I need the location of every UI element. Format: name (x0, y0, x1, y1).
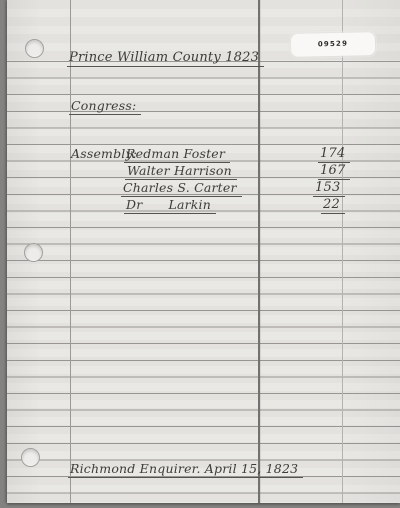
catalog-number-sticker: 09529 (291, 32, 375, 57)
vote-count: 167 (318, 163, 350, 180)
margin-line (70, 0, 71, 503)
punch-hole-top (25, 39, 44, 58)
vote-count: 153 (313, 180, 345, 197)
candidate-name: Redman Foster (124, 146, 230, 163)
source-citation: Richmond Enquirer. April 15, 1823 (68, 461, 303, 478)
right-vertical-rule (342, 0, 343, 503)
candidate-name-prefix: Dr (126, 197, 142, 212)
candidate-name: Charles S. Carter (121, 180, 242, 197)
page-title: Prince William County 1823 (67, 50, 264, 67)
punch-hole-middle (24, 243, 43, 262)
candidate-surname: Larkin (168, 197, 211, 212)
candidate-name: Dr Larkin (124, 197, 216, 214)
notebook-paper: 09529 Prince William County 1823 Congres… (7, 0, 400, 503)
candidate-name: Walter Harrison (125, 163, 237, 180)
scanned-document-page: { "scan": { "label_number": "09529" }, "… (0, 0, 400, 508)
center-vertical-rule (258, 0, 260, 503)
vote-count: 174 (318, 146, 350, 163)
punch-hole-bottom (21, 448, 40, 467)
congress-heading: Congress: (69, 98, 141, 115)
vote-count: 22 (321, 197, 345, 214)
